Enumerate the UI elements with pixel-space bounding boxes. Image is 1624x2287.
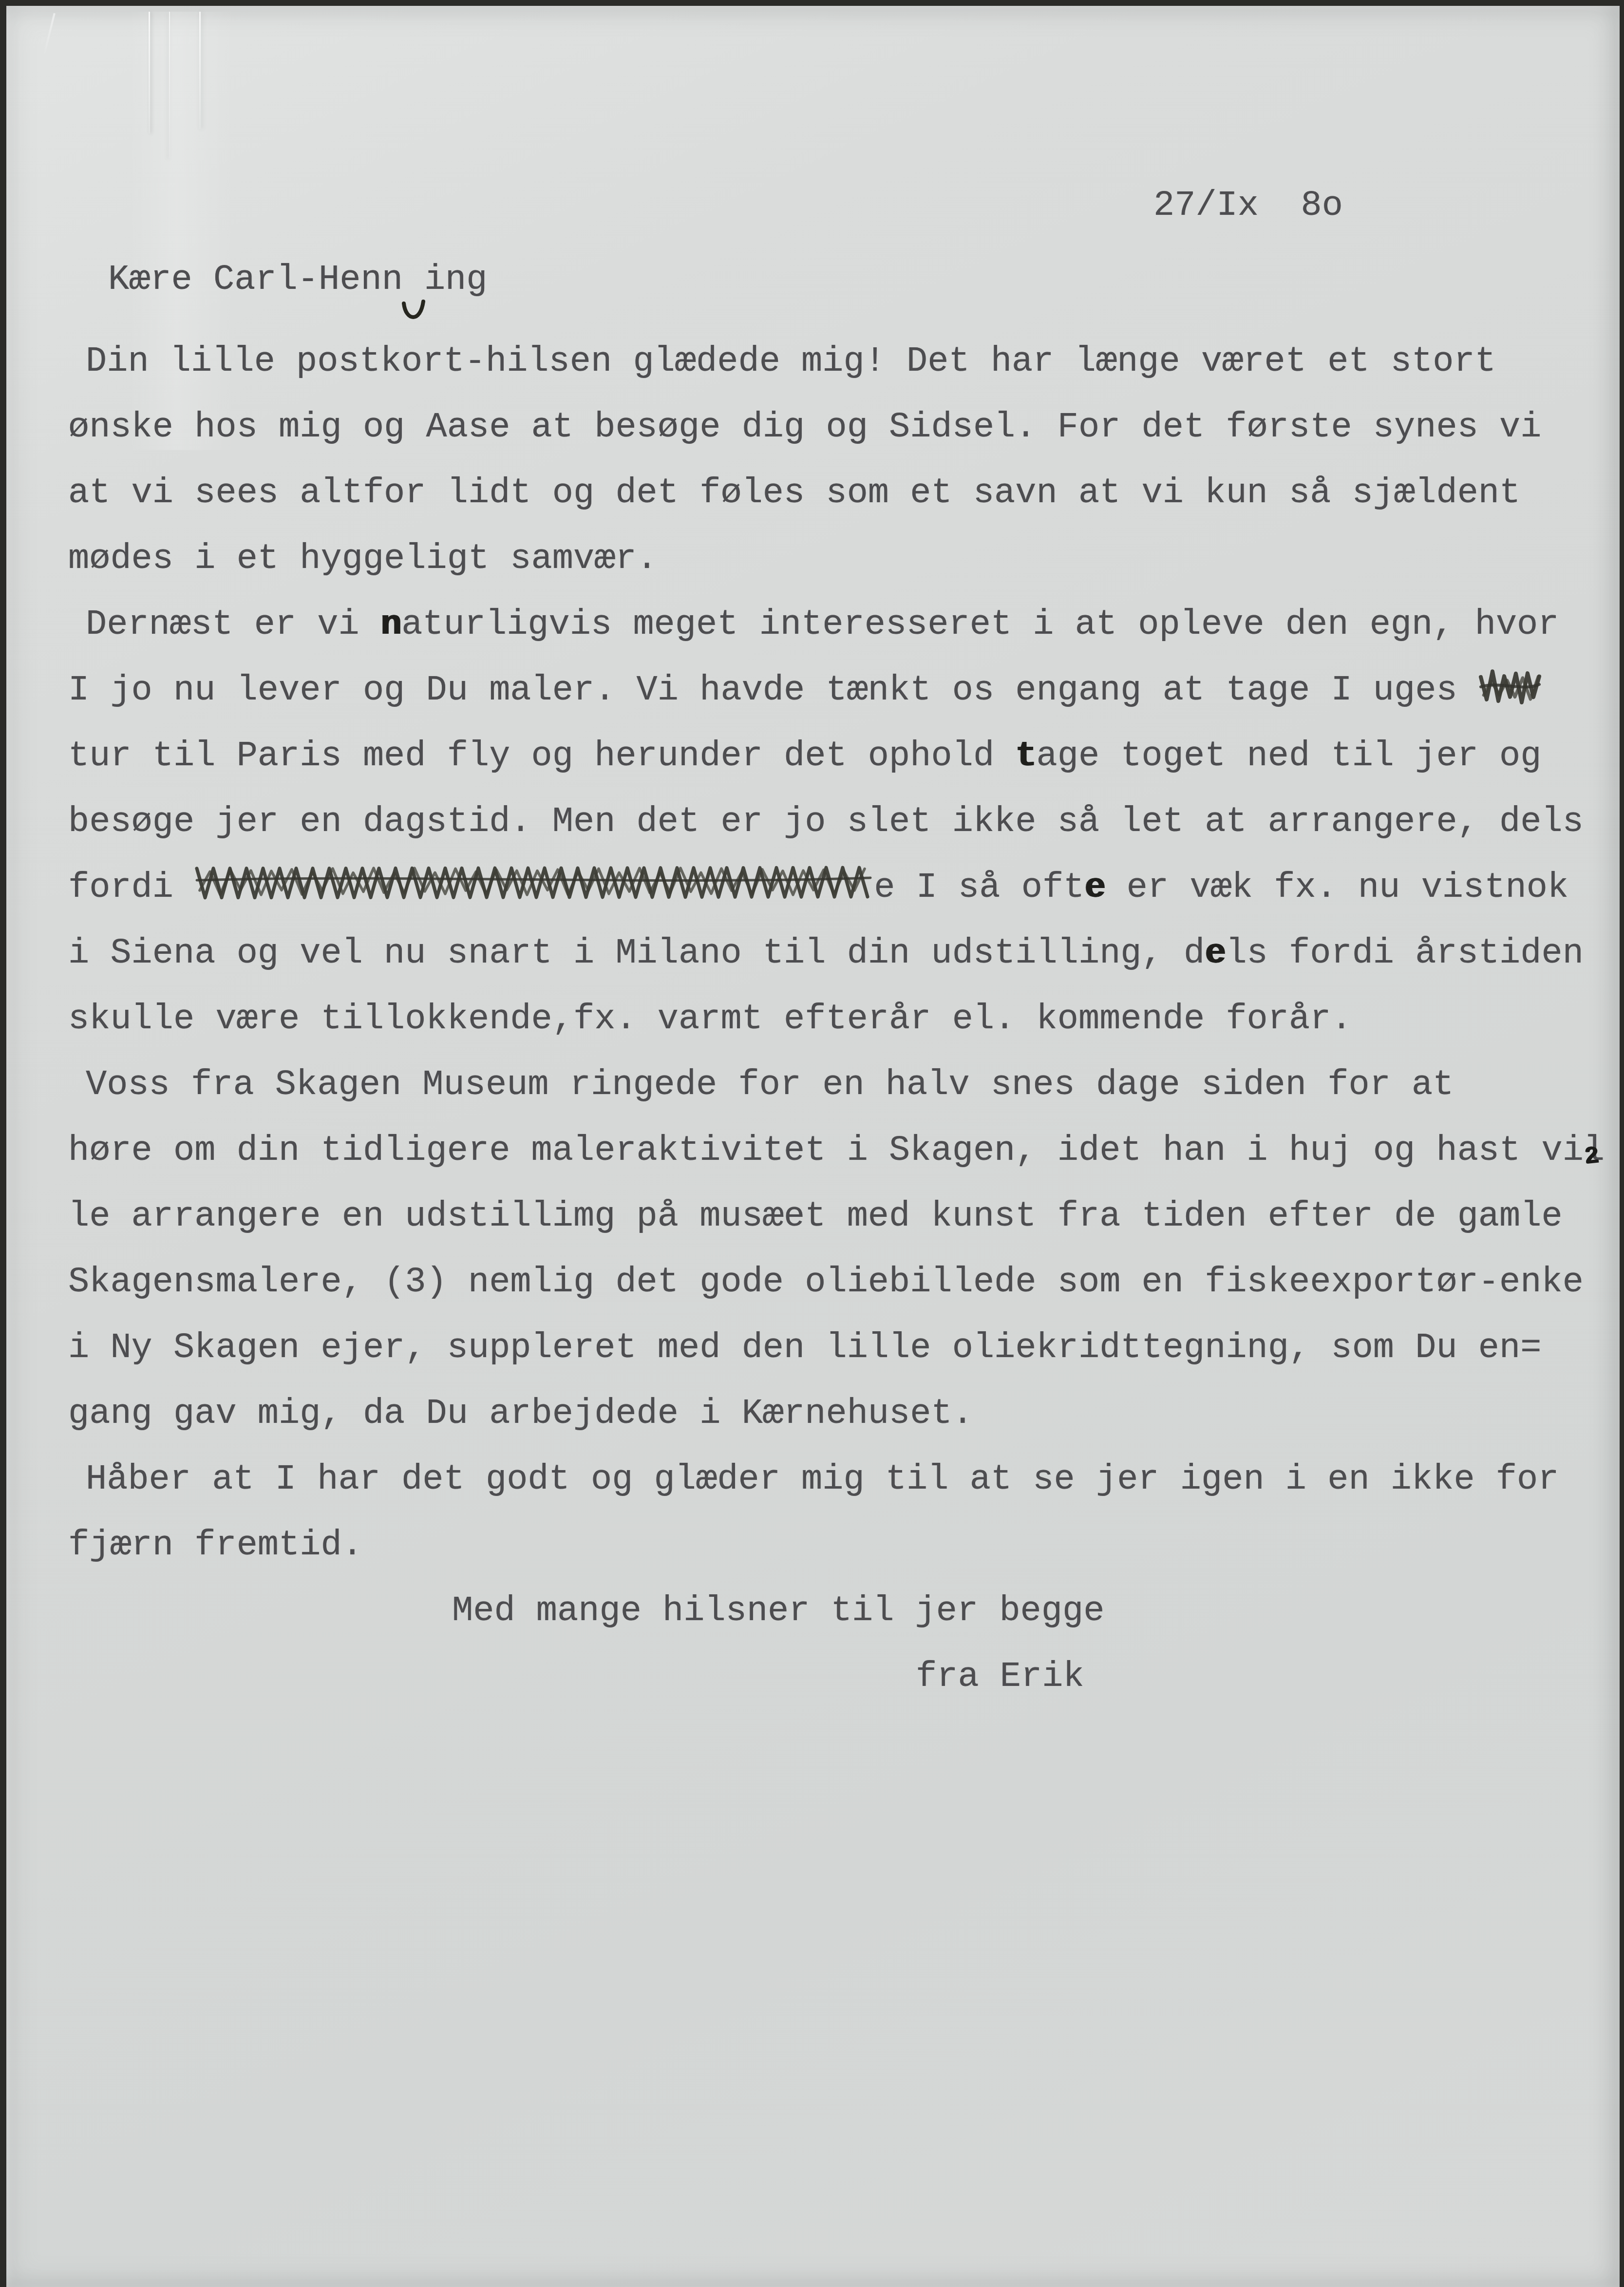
letter-line: Skagensmalere, (3) nemlig det gode olieb… — [68, 1249, 1624, 1315]
overstruck-char: t — [1015, 736, 1036, 776]
line-text: I jo nu lever og Du maler. Vi havde tænk… — [68, 670, 1478, 710]
letter-line: besøge jer en dagstid. Men det er jo sle… — [68, 789, 1624, 855]
paper-crease — [199, 12, 201, 129]
letter-line: gang gav mig, da Du arbejdede i Kærnehus… — [68, 1381, 1624, 1447]
letter-line: fra Erik — [68, 1644, 1624, 1710]
line-text: gang gav mig, da Du arbejdede i Kærnehus… — [68, 1394, 973, 1434]
line-text: i Ny Skagen ejer, suppleret med den lill… — [68, 1328, 1542, 1368]
letter-line: fordi e I så ofte er væk fx. nu vistnok — [68, 855, 1624, 921]
salutation-text-before: Kære Carl-Henn — [108, 260, 403, 300]
line-text: høre om din tidligere maleraktivitet i S… — [68, 1131, 1605, 1171]
letter-line: Dernæst er vi naturligvis meget interess… — [68, 592, 1624, 658]
paper-crease — [169, 12, 170, 158]
line-text: aturligvis meget interesseret i at oplev… — [401, 605, 1559, 644]
letter-line: Med mange hilsner til jer begge — [68, 1578, 1624, 1644]
scribble-long-ink-icon — [194, 859, 874, 907]
letter-line: i Ny Skagen ejer, suppleret med den lill… — [68, 1315, 1624, 1381]
letter-line: i Siena og vel nu snart i Milano til din… — [68, 921, 1624, 986]
letter-line: skulle være tillokkende,fx. varmt efterå… — [68, 986, 1624, 1052]
letter-line: Voss fra Skagen Museum ringede for en ha… — [68, 1052, 1624, 1118]
line-text: le arrangere en udstillimg på musæet med… — [68, 1196, 1563, 1236]
line-text: e I så oft — [874, 868, 1084, 907]
line-text: besøge jer en dagstid. Men det er jo sle… — [68, 802, 1584, 842]
line-text: i Siena og vel nu snart i Milano til din… — [68, 933, 1205, 973]
line-text: age toget ned til jer og — [1037, 736, 1542, 776]
letter-line: mødes i et hyggeligt samvær. — [68, 526, 1624, 592]
line-text: tur til Paris med fly og herunder det op… — [68, 736, 1015, 776]
overstruck-char: n — [380, 605, 401, 644]
line-text: ønske hos mig og Aase at besøge dig og S… — [68, 407, 1542, 447]
letter-line: at vi sees altfor lidt og det føles som … — [68, 460, 1624, 526]
line-text: Skagensmalere, (3) nemlig det gode olieb… — [68, 1262, 1584, 1302]
salutation: Kære Carl-Henning — [108, 260, 488, 299]
letter-line: Håber at I har det godt og glæder mig ti… — [68, 1447, 1624, 1512]
letter-line: høre om din tidligere maleraktivitet i S… — [68, 1118, 1624, 1184]
line-text: fordi — [68, 868, 194, 907]
letter-line: Din lille postkort-hilsen glædede mig! D… — [68, 329, 1624, 395]
paper-crease — [43, 13, 56, 56]
line-text: er væk fx. nu vistnok — [1106, 868, 1569, 907]
letter-line: le arrangere en udstillimg på musæet med… — [68, 1184, 1624, 1249]
letter-line: ønske hos mig og Aase at besøge dig og S… — [68, 395, 1624, 460]
handwritten-margin-note: 2 — [1583, 1142, 1600, 1172]
line-text: skulle være tillokkende,fx. varmt efterå… — [68, 999, 1352, 1039]
line-text: at vi sees altfor lidt og det føles som … — [68, 473, 1520, 513]
line-text: Håber at I har det godt og glæder mig ti… — [86, 1459, 1559, 1499]
line-text: Voss fra Skagen Museum ringede for en ha… — [86, 1065, 1454, 1105]
letter-body: Din lille postkort-hilsen glædede mig! D… — [68, 329, 1624, 1710]
line-text: fra Erik — [916, 1657, 1084, 1697]
line-text: mødes i et hyggeligt samvær. — [68, 539, 658, 579]
line-text: Dernæst er vi — [86, 605, 380, 644]
letter-line: fjærn fremtid. — [68, 1512, 1624, 1578]
salutation-text-after: ing — [424, 260, 488, 300]
line-text: ls fordi årstiden — [1226, 933, 1584, 973]
paper-crease — [149, 12, 150, 133]
letter-line: tur til Paris med fly og herunder det op… — [68, 723, 1624, 789]
overstruck-char: e — [1205, 933, 1226, 973]
date: 27/Ix 8o — [1153, 186, 1343, 225]
scan-background: 27/Ix 8o Kære Carl-Henning Din lille pos… — [0, 0, 1624, 2287]
line-text: Din lille postkort-hilsen glædede mig! D… — [86, 341, 1496, 381]
overstruck-char: e — [1084, 868, 1105, 907]
letter-line: I jo nu lever og Du maler. Vi havde tænk… — [68, 658, 1624, 723]
line-text: fjærn fremtid. — [68, 1525, 363, 1565]
line-text: Med mange hilsner til jer begge — [452, 1591, 1104, 1631]
scribble-short-ink-icon — [1478, 668, 1543, 709]
